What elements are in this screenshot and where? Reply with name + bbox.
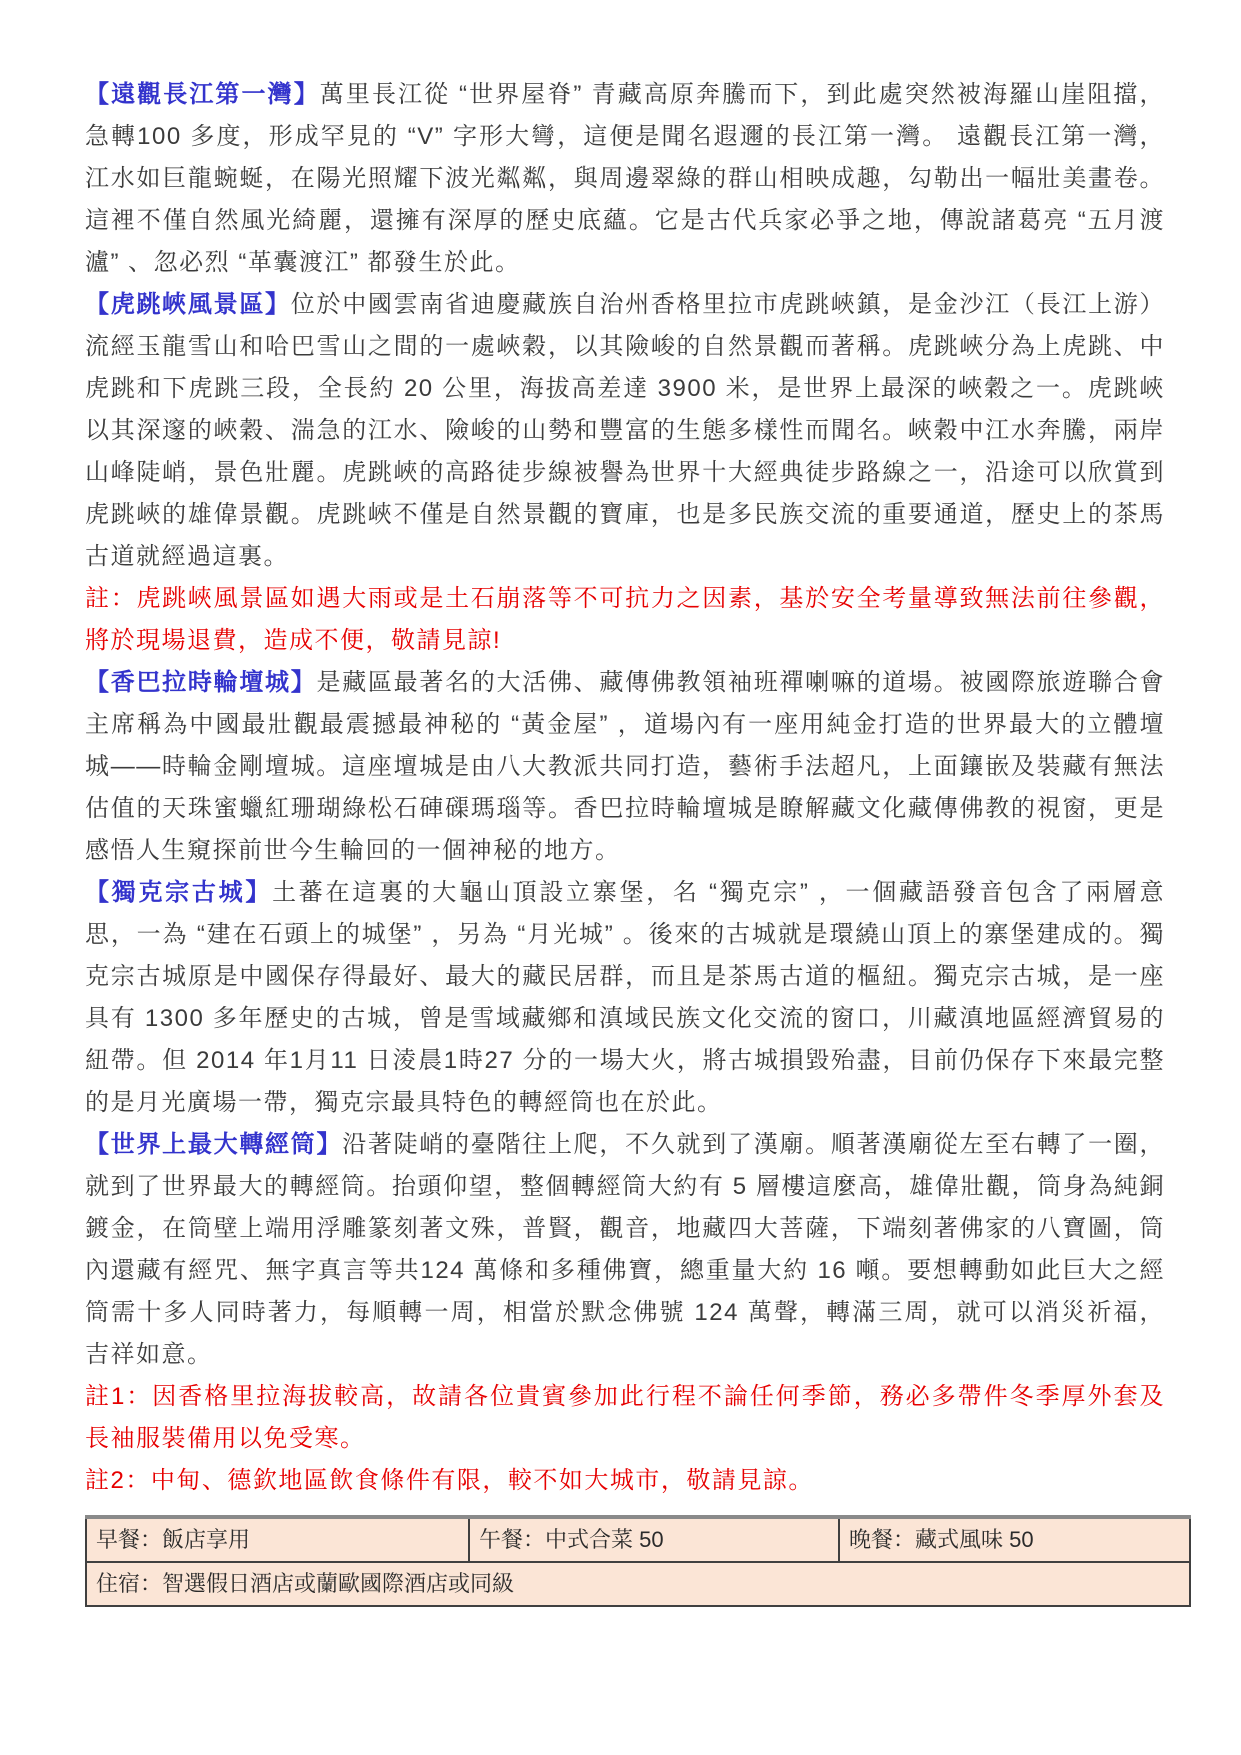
entry-yangtze-first-bend: 【遠觀長江第一灣】萬里長江從 “世界屋脊” 青藏高原奔騰而下，到此處突然被海羅山…: [85, 74, 1165, 284]
entry-title-shambhala-kalachakra: 【香巴拉時輪壇城】: [85, 669, 316, 696]
note-2-food-conditions: 註2：中甸、德欽地區飲食條件有限，較不如大城市，敬請見諒。: [85, 1460, 1165, 1502]
entry-shambhala-kalachakra: 【香巴拉時輪壇城】是藏區最著名的大活佛、藏傳佛教領袖班禪喇嘛的道場。被國際旅遊聯…: [85, 662, 1165, 872]
entry-body-largest-prayer-wheel: 沿著陡峭的臺階往上爬，不久就到了漢廟。順著漢廟從左至右轉了一圈，就到了世界最大的…: [85, 1131, 1165, 1368]
entry-title-dukezong-old-town: 【獨克宗古城】: [85, 879, 272, 906]
entry-largest-prayer-wheel: 【世界上最大轉經筒】沿著陡峭的臺階往上爬，不久就到了漢廟。順著漢廟從左至右轉了一…: [85, 1124, 1165, 1376]
entry-body-shambhala-kalachakra: 是藏區最著名的大活佛、藏傳佛教領袖班禪喇嘛的道場。被國際旅遊聯合會主席稱為中國最…: [85, 669, 1165, 864]
itinerary-document: 【遠觀長江第一灣】萬里長江從 “世界屋脊” 青藏高原奔騰而下，到此處突然被海羅山…: [0, 0, 1241, 1607]
breakfast-cell: 早餐：飯店享用: [86, 1517, 469, 1562]
entry-tiger-leaping-gorge: 【虎跳峽風景區】位於中國雲南省迪慶藏族自治州香格里拉市虎跳峽鎮，是金沙江（長江上…: [85, 284, 1165, 578]
note-1-altitude-warning: 註1：因香格里拉海拔較高，故請各位貴賓參加此行程不論任何季節，務必多帶件冬季厚外…: [85, 1376, 1165, 1460]
entry-dukezong-old-town: 【獨克宗古城】土蕃在這裏的大龜山頂設立寨堡，名 “獨克宗” ，一個藏語發音包含了…: [85, 872, 1165, 1124]
entry-body-dukezong-old-town: 土蕃在這裏的大龜山頂設立寨堡，名 “獨克宗” ，一個藏語發音包含了兩層意思，一為…: [85, 879, 1165, 1116]
dinner-cell: 晚餐：藏式風味 50: [839, 1517, 1190, 1562]
entry-title-yangtze-first-bend: 【遠觀長江第一灣】: [85, 81, 320, 108]
entry-body-tiger-leaping-gorge: 位於中國雲南省迪慶藏族自治州香格里拉市虎跳峽鎮，是金沙江（長江上游）流經玉龍雪山…: [85, 291, 1165, 570]
meal-lodging-table: 早餐：飯店享用 午餐：中式合菜 50 晚餐：藏式風味 50 住宿：智選假日酒店或…: [85, 1515, 1191, 1607]
lodging-cell: 住宿：智選假日酒店或蘭歐國際酒店或同級: [86, 1562, 1190, 1606]
lunch-cell: 午餐：中式合菜 50: [469, 1517, 839, 1562]
entry-title-tiger-leaping-gorge: 【虎跳峽風景區】: [85, 291, 291, 318]
meal-row: 早餐：飯店享用 午餐：中式合菜 50 晚餐：藏式風味 50: [86, 1517, 1190, 1562]
note-tiger-leaping-refund: 註：虎跳峽風景區如遇大雨或是土石崩落等不可抗力之因素，基於安全考量導致無法前往參…: [85, 578, 1165, 662]
entry-body-yangtze-first-bend: 萬里長江從 “世界屋脊” 青藏高原奔騰而下，到此處突然被海羅山崖阻擋，急轉100…: [85, 81, 1165, 276]
entry-title-largest-prayer-wheel: 【世界上最大轉經筒】: [85, 1131, 342, 1158]
lodging-row: 住宿：智選假日酒店或蘭歐國際酒店或同級: [86, 1562, 1190, 1606]
